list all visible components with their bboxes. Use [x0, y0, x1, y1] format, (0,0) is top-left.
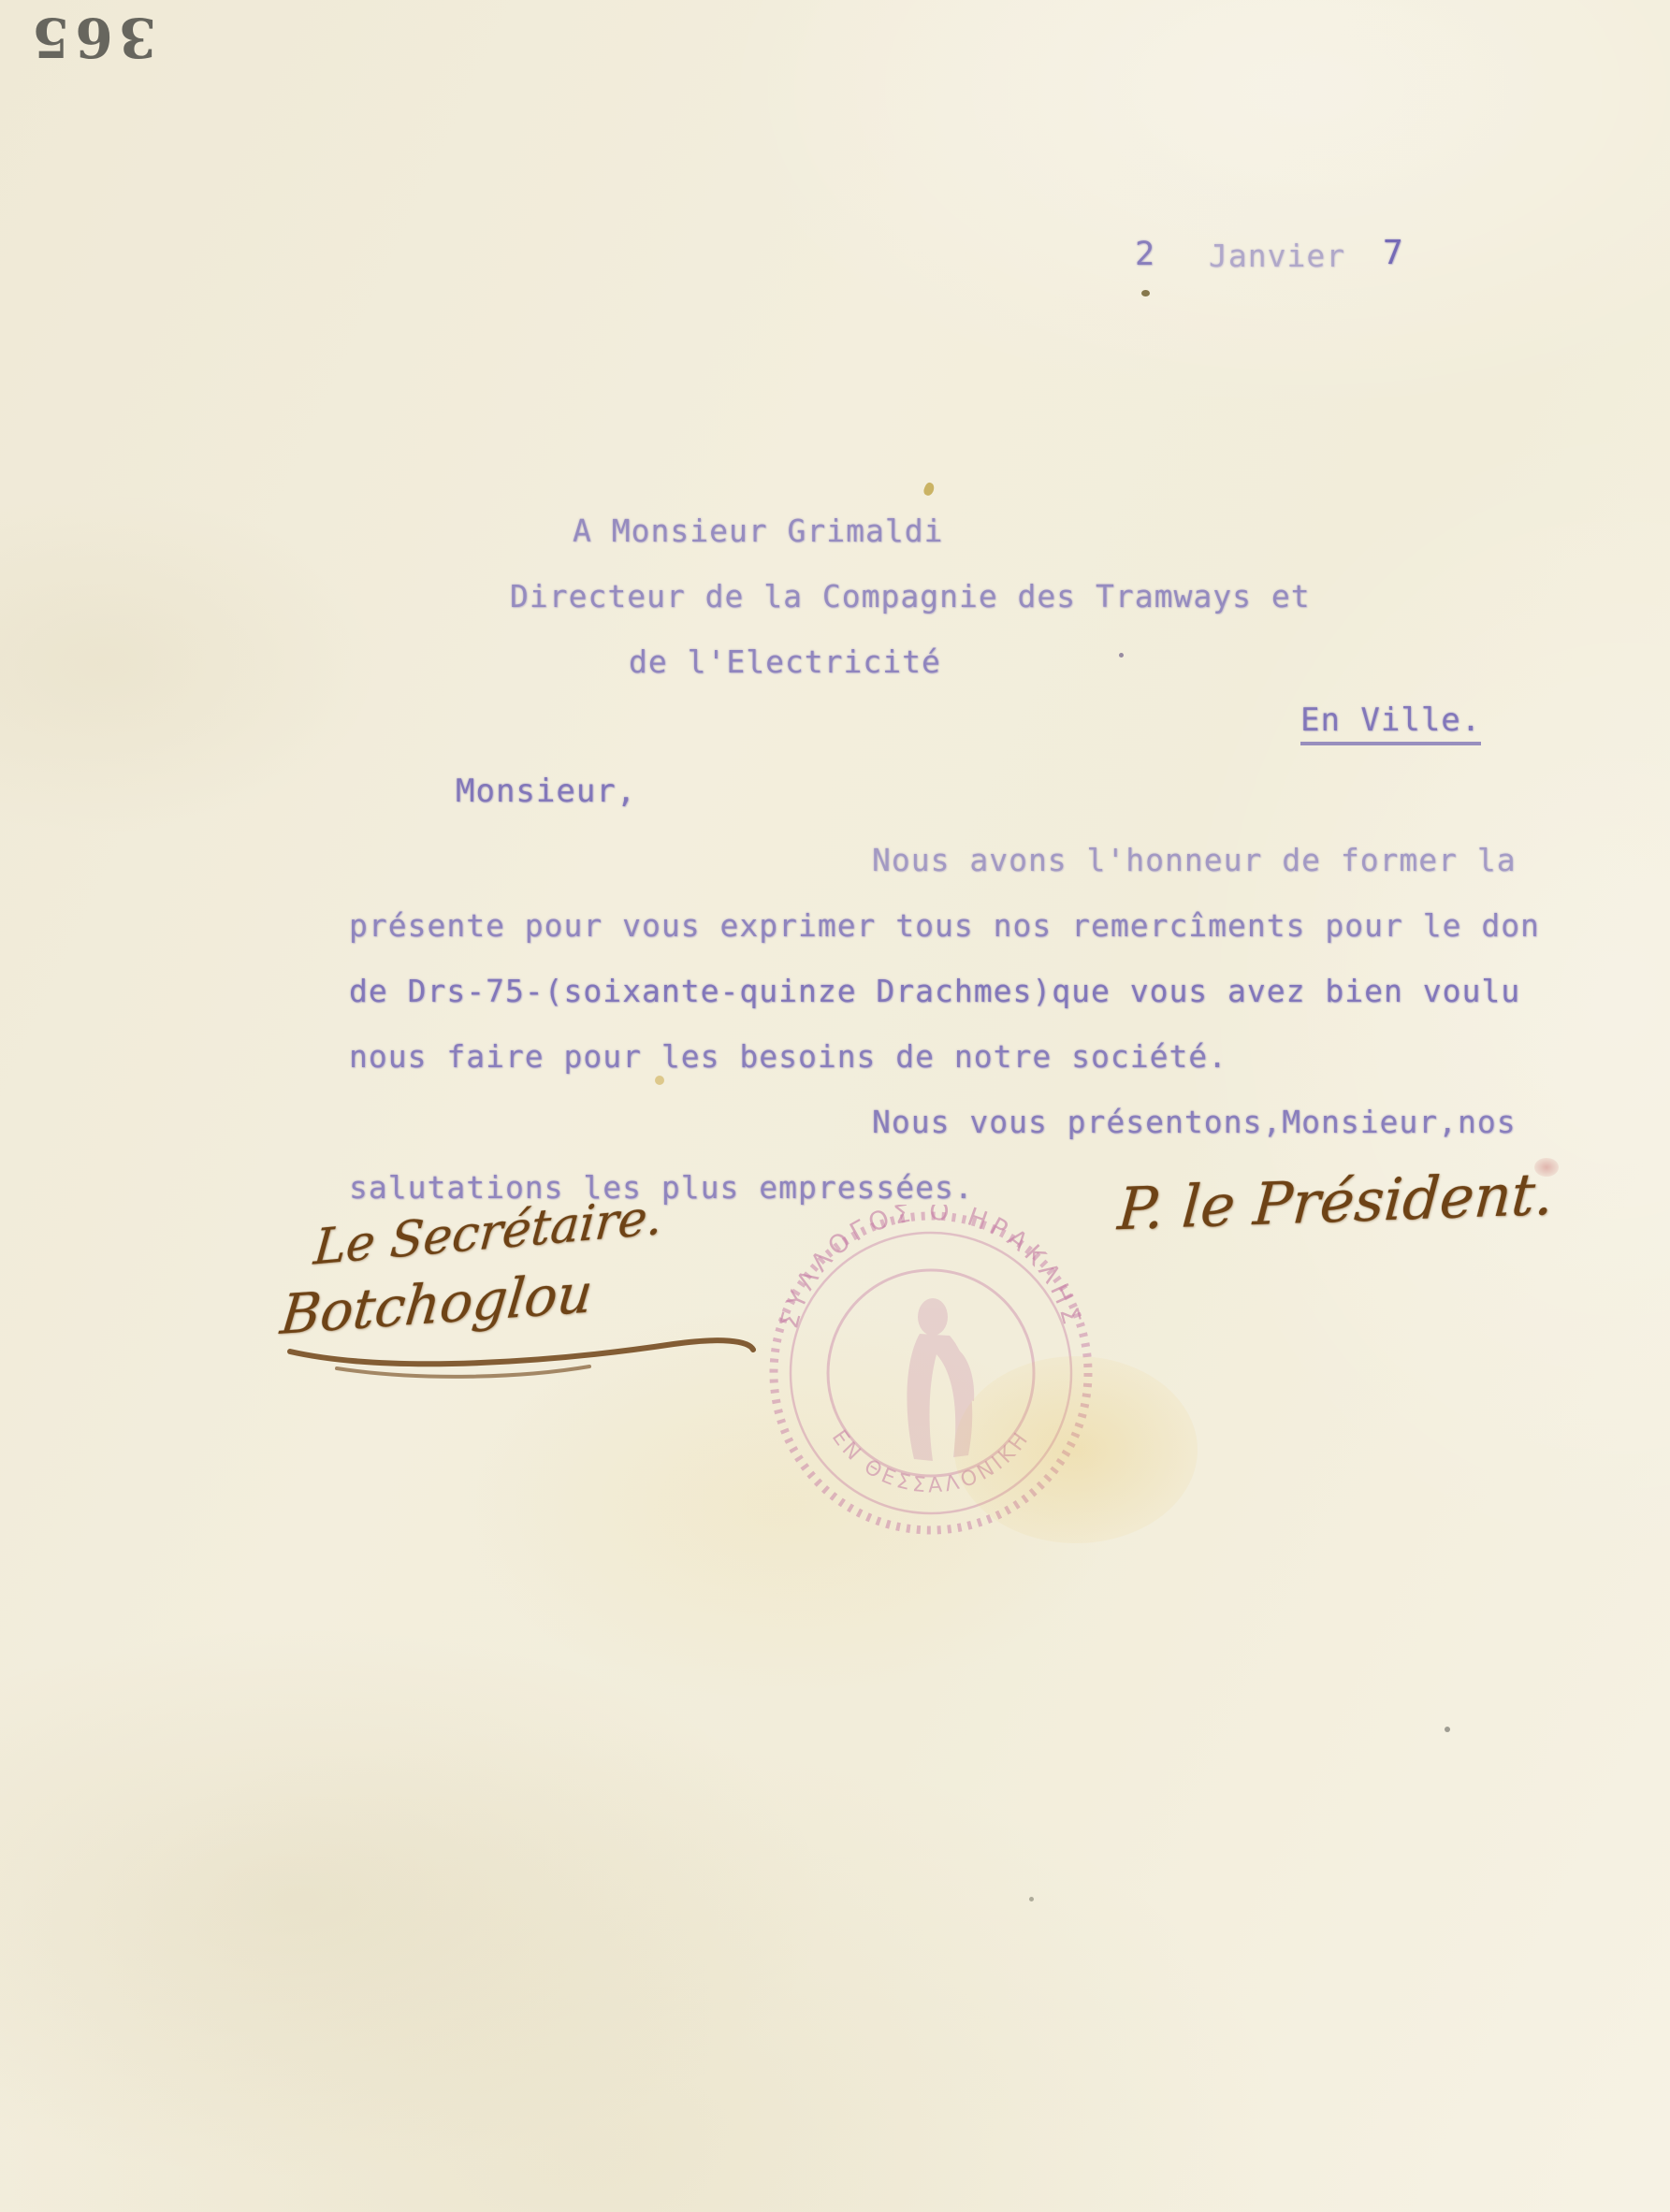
signature-flourish — [281, 1323, 767, 1389]
paper-stain — [954, 1356, 1198, 1543]
date-month: Janvier — [1209, 238, 1345, 274]
body-line-2: présente pour vous exprimer tous nos rem… — [349, 907, 1540, 944]
body-line-5: Nous vous présentons,Monsieur,nos — [872, 1104, 1517, 1140]
body-line-3: de Drs-75-(soixante-quinze Drachmes)que … — [349, 973, 1520, 1009]
page-number: 365 — [26, 6, 156, 69]
salutation: Monsieur, — [456, 773, 636, 810]
ink-speck — [1119, 653, 1124, 658]
body-line-1: Nous avons l'honneur de former la — [872, 842, 1517, 878]
ink-speck — [1141, 290, 1150, 296]
ink-speck — [655, 1076, 664, 1085]
ink-speck — [922, 482, 937, 498]
ink-speck — [1029, 1897, 1034, 1901]
recipient-location: En Ville. — [1300, 701, 1481, 745]
recipient-title-line: Directeur de la Compagnie des Tramways e… — [510, 578, 1311, 614]
body-line-4: nous faire pour les besoins de notre soc… — [349, 1038, 1227, 1075]
date-year-digit: 7 — [1383, 234, 1404, 272]
ink-speck — [1445, 1727, 1450, 1732]
date-day: 2 — [1135, 236, 1155, 273]
president-signature: P. le Président. — [1116, 1160, 1556, 1243]
letter-page: 365 2 Janvier 7 A Monsieur Grimaldi Dire… — [0, 0, 1670, 2212]
ink-speck — [1534, 1158, 1559, 1177]
recipient-name-line: A Monsieur Grimaldi — [573, 513, 944, 549]
recipient-title-line2: de l'Electricité — [629, 643, 941, 680]
